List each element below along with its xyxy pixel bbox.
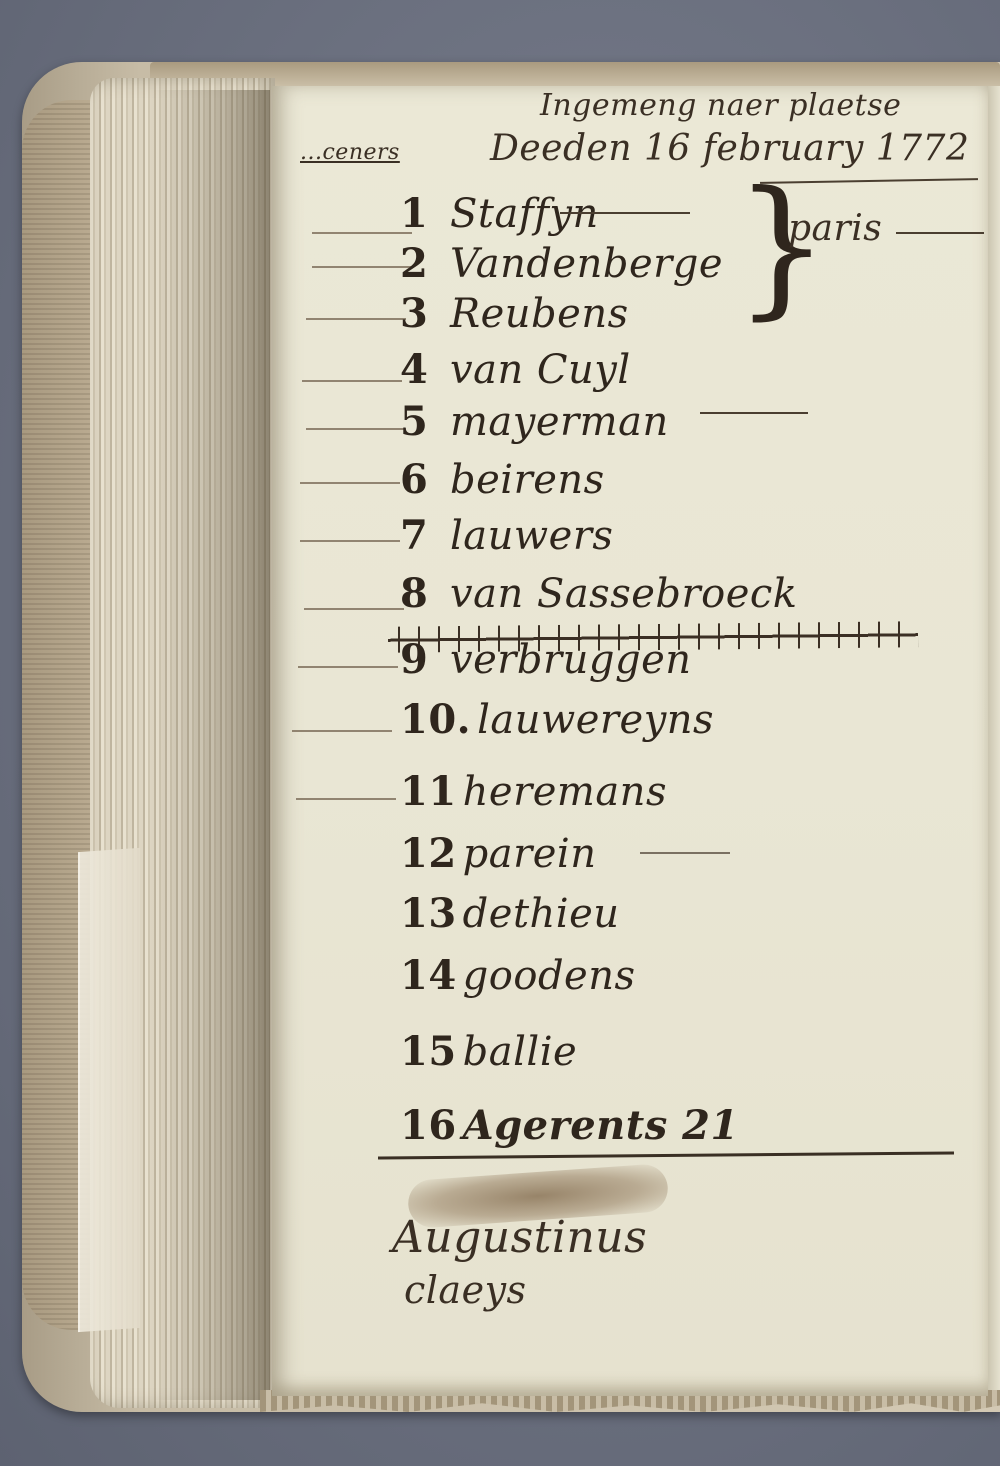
entry-number: 16 xyxy=(400,1102,457,1149)
entry-name: heremans xyxy=(463,769,667,815)
entry-row: 15ballie xyxy=(400,1028,577,1075)
entry-row: 12parein xyxy=(400,830,596,877)
entry-row: 7lauwers xyxy=(400,512,613,559)
entry-row: 3Reubens xyxy=(400,290,629,337)
entry-number: 1 xyxy=(400,190,444,237)
footer-name-last: claeys xyxy=(404,1268,527,1312)
entry-number: 3 xyxy=(400,290,444,337)
paris-trailing-line xyxy=(896,232,984,234)
margin-rule xyxy=(298,666,398,668)
gutter-shadow xyxy=(150,90,270,1400)
margin-rule xyxy=(300,540,400,542)
margin-rule xyxy=(300,482,400,484)
header-margin-label: ...ceners xyxy=(300,140,400,165)
entry-name: goodens xyxy=(463,953,636,999)
entry-row: 4van Cuyl xyxy=(400,346,631,393)
entry-name: Reubens xyxy=(450,291,629,337)
entry-name: dethieu xyxy=(463,891,620,937)
entry-name: mayerman xyxy=(450,399,669,445)
entry-row: 14goodens xyxy=(400,952,636,999)
entry-number: 5 xyxy=(400,398,444,445)
entry-number: 13 xyxy=(400,890,457,937)
entry-number: 15 xyxy=(400,1028,457,1075)
entry-number: 4 xyxy=(400,346,444,393)
entry-1-trailing-line xyxy=(560,212,690,214)
entry-row: 11heremans xyxy=(400,768,667,815)
header-date-line: Deeden 16 february 1772 xyxy=(490,128,969,169)
entry-name: Agerents 21 xyxy=(463,1102,739,1149)
margin-rule xyxy=(312,232,412,234)
entry-row-struck: 8van Sassebroeck xyxy=(400,570,798,617)
entry-name: Staffyn xyxy=(450,191,599,237)
entry-number: 11 xyxy=(400,768,457,815)
entry-name: beirens xyxy=(450,457,605,503)
entry-name: ballie xyxy=(463,1029,578,1075)
entry-name: parein xyxy=(463,831,597,877)
entry-number: 10. xyxy=(400,696,471,743)
margin-rule xyxy=(306,318,406,320)
entry-number: 14 xyxy=(400,952,457,999)
margin-rule xyxy=(312,266,412,268)
entry-number: 8 xyxy=(400,570,444,617)
entry-number: 9 xyxy=(400,636,444,683)
entry-12-trailing-line xyxy=(640,852,730,854)
entry-name: van Cuyl xyxy=(450,347,631,393)
margin-rule xyxy=(302,380,402,382)
entry-row: 6beirens xyxy=(400,456,605,503)
facing-page-edge xyxy=(986,86,1000,1396)
margin-rule xyxy=(306,428,406,430)
entry-row: 5mayerman xyxy=(400,398,669,445)
entry-name: Vandenberge xyxy=(450,241,723,287)
entry-name: van Sassebroeck xyxy=(450,571,798,617)
entry-number: 6 xyxy=(400,456,444,503)
bracket-annotation: paris xyxy=(788,208,882,249)
entry-row: 13dethieu xyxy=(400,890,620,937)
entry-row: 16Agerents 21 xyxy=(400,1102,739,1149)
loose-paper-slip xyxy=(78,848,140,1332)
margin-rule xyxy=(304,608,404,610)
entry-number: 12 xyxy=(400,830,457,877)
entry-name: lauwereyns xyxy=(477,697,714,743)
entry-row: 9verbruggen xyxy=(400,636,692,683)
entry-name: verbruggen xyxy=(450,637,692,683)
entry-number: 2 xyxy=(400,240,444,287)
entry-number: 7 xyxy=(400,512,444,559)
entry-5-trailing-line xyxy=(700,412,808,414)
entry-name: lauwers xyxy=(450,513,613,559)
entry-row: 10.lauwereyns xyxy=(400,696,714,743)
header-title-line1: Ingemeng naer plaetse xyxy=(540,88,901,123)
margin-rule xyxy=(296,798,396,800)
entry-row: 2Vandenberge xyxy=(400,240,723,287)
margin-rule xyxy=(292,730,392,732)
footer-name-first: Augustinus xyxy=(392,1212,647,1263)
